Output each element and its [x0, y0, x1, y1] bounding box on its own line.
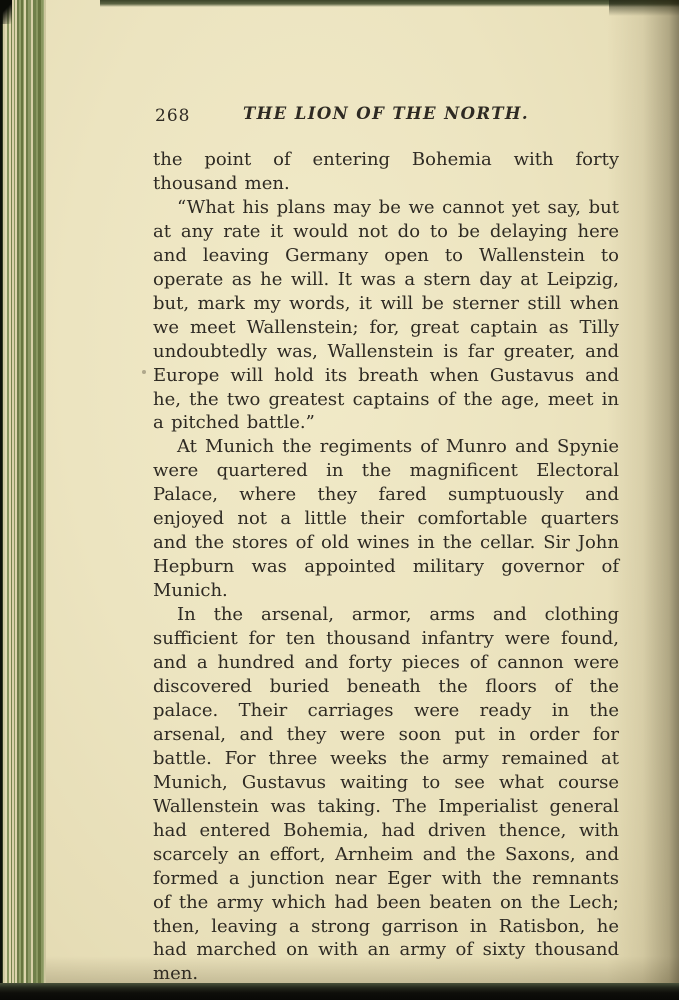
body-paragraph: the point of entering Bohemia with forty…: [153, 148, 619, 196]
page-header: 268 THE LION OF THE NORTH.: [153, 104, 619, 128]
book-cover-edge-bottom: [0, 983, 679, 1000]
scanned-book-page: 268 THE LION OF THE NORTH. the point of …: [0, 0, 679, 1000]
printed-page-content: 268 THE LION OF THE NORTH. the point of …: [153, 104, 619, 986]
body-paragraph: At Munich the regiments of Munro and Spy…: [153, 435, 619, 603]
print-fleck: [142, 370, 146, 374]
book-cover-edge-top: [100, 0, 679, 7]
body-paragraph: “What his plans may be we cannot yet say…: [153, 196, 619, 436]
book-page-edges: [0, 0, 46, 1000]
running-title: THE LION OF THE NORTH.: [153, 104, 619, 123]
book-cover-corner-top-right: [609, 0, 679, 16]
body-paragraph: In the arsenal, armor, arms and clothing…: [153, 603, 619, 986]
binding-corner-top-left: [0, 0, 12, 24]
page-body: the point of entering Bohemia with forty…: [153, 148, 619, 986]
